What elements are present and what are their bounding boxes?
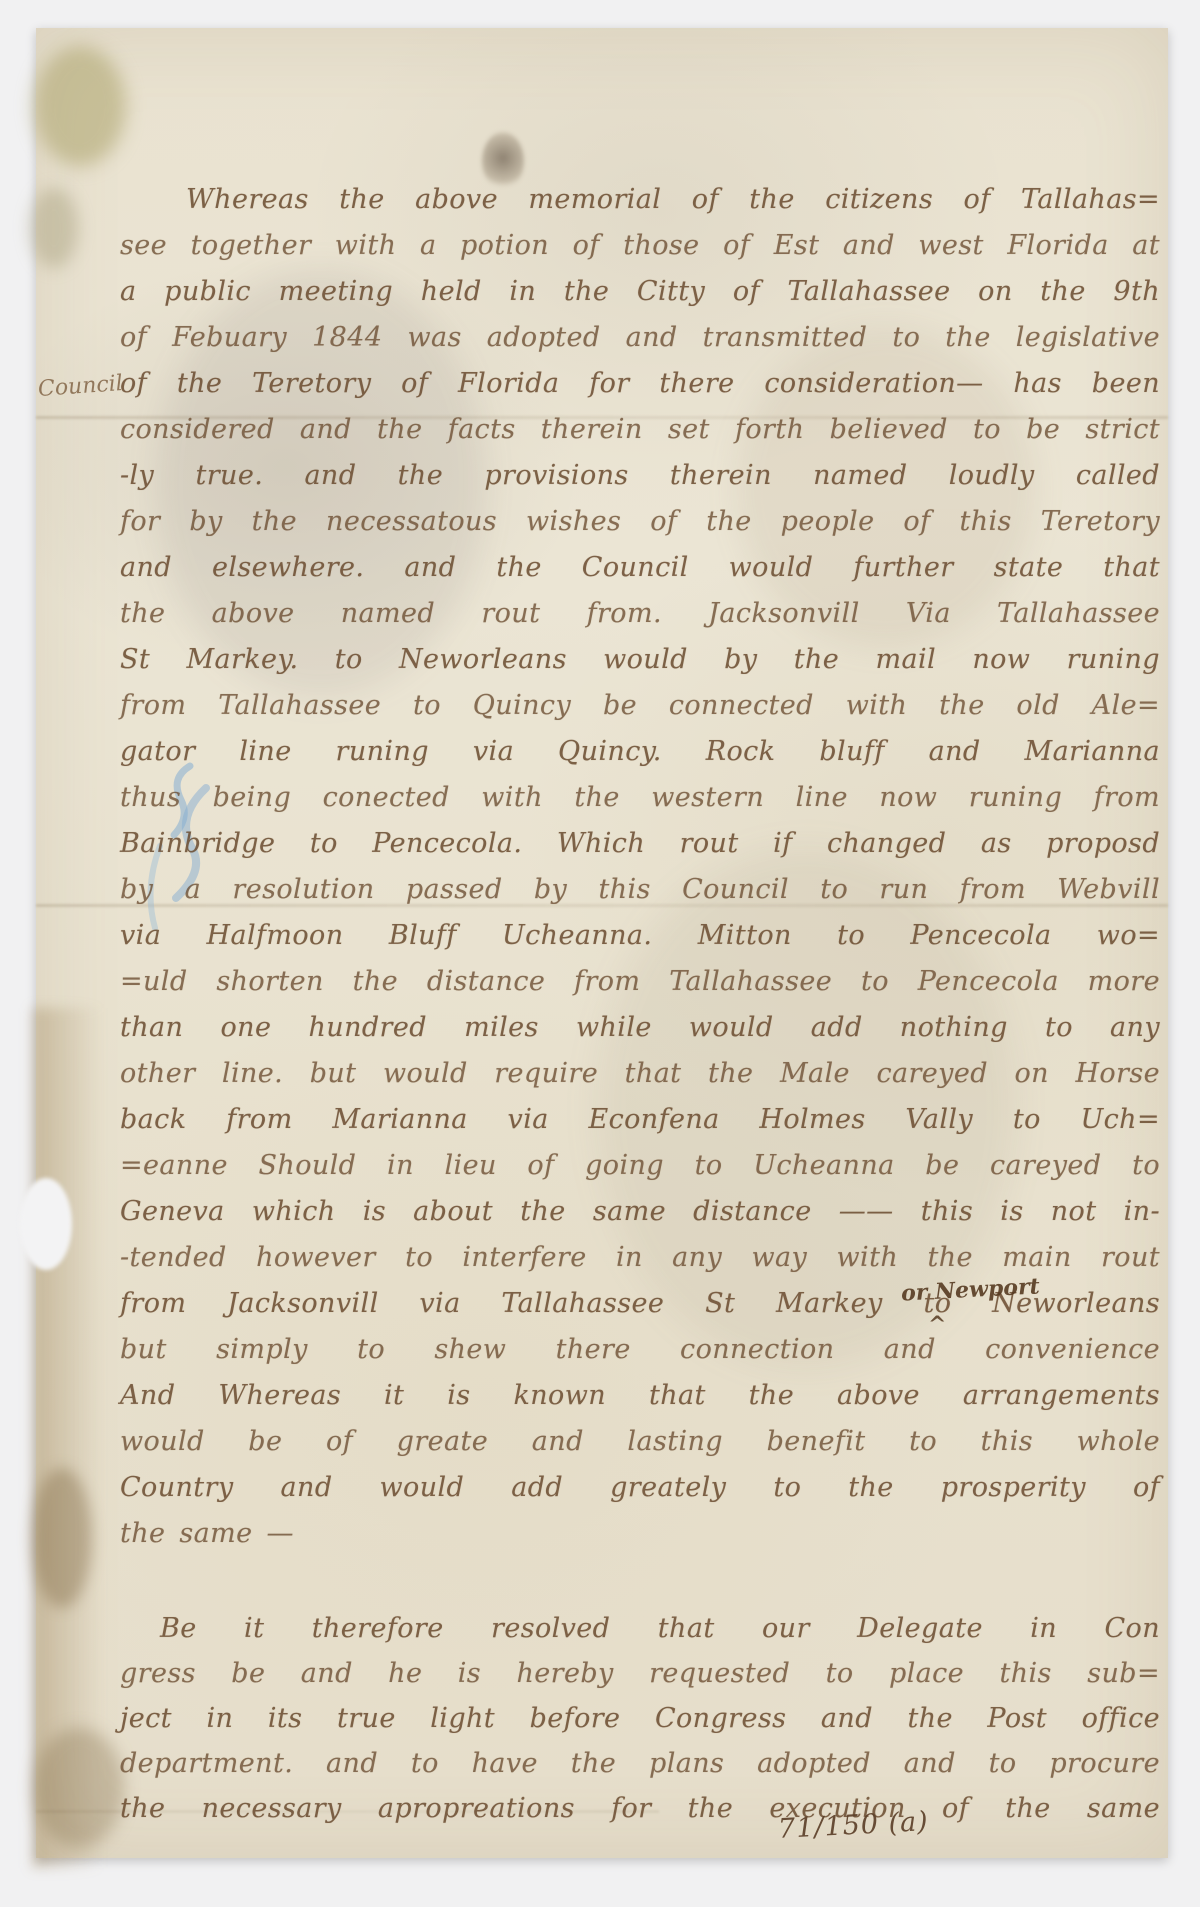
manuscript-line: department. and to have the plans adopte… [120, 1747, 1160, 1781]
manuscript-line: -tended however to interfere in any way … [120, 1241, 1160, 1275]
manuscript-line: of the Teretory of Florida for there con… [120, 367, 1160, 401]
manuscript-line: And Whereas it is known that the above a… [120, 1379, 1160, 1413]
manuscript-line: see together with a potion of those of E… [120, 229, 1160, 263]
manuscript-line: a public meeting held in the Citty of Ta… [120, 275, 1160, 309]
manuscript-line: the necessary apropreations for the exec… [120, 1792, 1160, 1826]
manuscript-page: Council Whereas the above memorial of th… [36, 28, 1168, 1858]
manuscript-line: ject in its true light before Congress a… [120, 1702, 1160, 1736]
manuscript-line: Be it therefore resolved that our Delega… [120, 1612, 1160, 1646]
manuscript-line: =uld shorten the distance from Tallahass… [120, 965, 1160, 999]
manuscript-line: thus being conected with the western lin… [120, 781, 1160, 815]
manuscript-line: -ly true. and the provisions therein nam… [120, 459, 1160, 493]
manuscript-line: than one hundred miles while would add n… [120, 1011, 1160, 1045]
manuscript-line: back from Marianna via Econfena Holmes V… [120, 1103, 1160, 1137]
manuscript-line: for by the necessatous wishes of the peo… [120, 505, 1160, 539]
manuscript-line: Country and would add greately to the pr… [120, 1471, 1160, 1505]
manuscript-line: Geneva which is about the same distance … [120, 1195, 1160, 1229]
manuscript-line: Bainbridge to Pencecola. Which rout if c… [120, 827, 1160, 861]
manuscript-line: considered and the facts therein set for… [120, 413, 1160, 447]
manuscript-line: would be of greate and lasting benefit t… [120, 1425, 1160, 1459]
manuscript-line: by a resolution passed by this Council t… [120, 873, 1160, 907]
manuscript-line: St Markey. to Neworleans would by the ma… [120, 643, 1160, 677]
manuscript-line: and elsewhere. and the Council would fur… [120, 551, 1160, 585]
manuscript-line: gress be and he is hereby requested to p… [120, 1657, 1160, 1691]
manuscript-line: but simply to shew there connection and … [120, 1333, 1160, 1367]
scan-background: { "page": { "background_color": "#f1f1f2… [0, 0, 1200, 1907]
manuscript-line: =eanne Should in lieu of going to Uchean… [120, 1149, 1160, 1183]
manuscript-line: of Febuary 1844 was adopted and transmit… [120, 321, 1160, 355]
manuscript-line: gator line runing via Quincy. Rock bluff… [120, 735, 1160, 769]
manuscript-line: other line. but would require that the M… [120, 1057, 1160, 1091]
manuscript-line: Whereas the above memorial of the citize… [120, 183, 1160, 217]
manuscript-line: via Halfmoon Bluff Ucheanna. Mitton to P… [120, 919, 1160, 953]
manuscript-line: the above named rout from. Jacksonvill V… [120, 597, 1160, 631]
manuscript-text: Whereas the above memorial of the citize… [36, 28, 1168, 1858]
insertion-caret-icon: ^ [928, 1312, 946, 1338]
manuscript-line: the same — [120, 1517, 1160, 1551]
manuscript-line: from Tallahassee to Quincy be connected … [120, 689, 1160, 723]
